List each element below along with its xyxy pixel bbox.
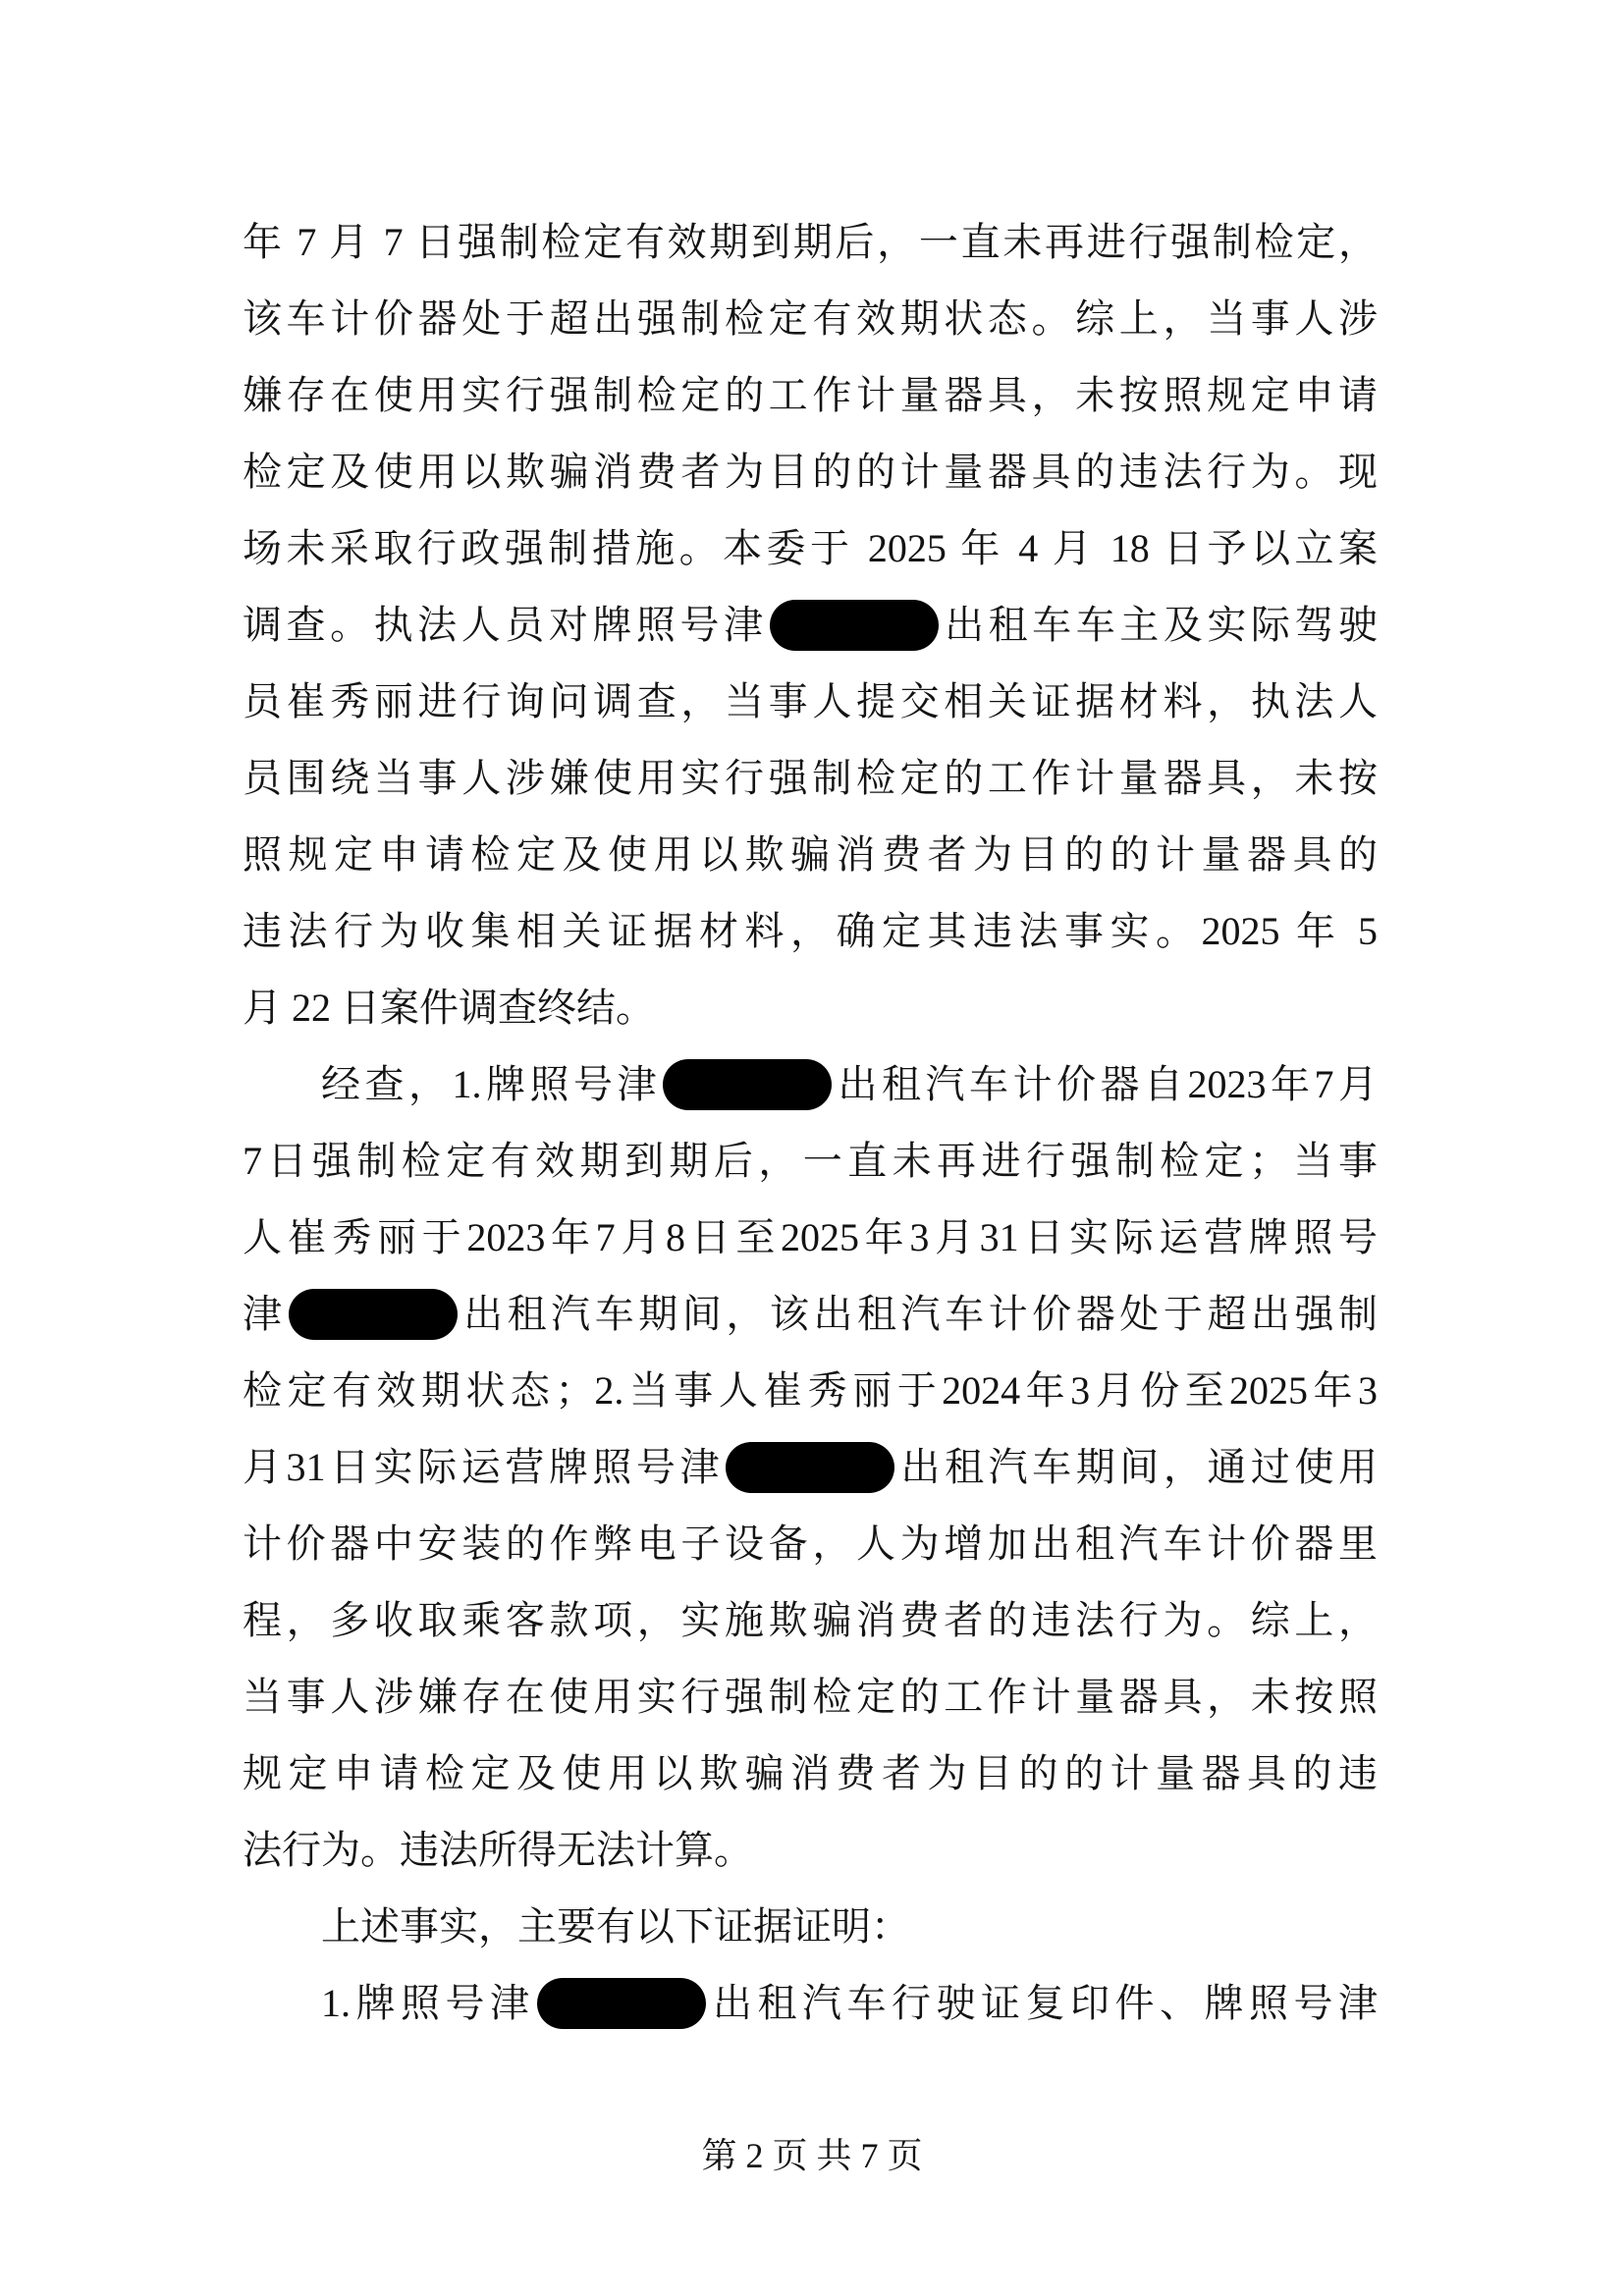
text-line: 上述事实，主要有以下证据证明： — [243, 1889, 1378, 1965]
text-line: 程，多收取乘客款项，实施欺骗消费者的违法行为。综上， — [243, 1582, 1378, 1659]
text-segment: 检定有效期状态；2.当事人崔秀丽于2024年3月份至2025年3 — [243, 1368, 1378, 1413]
text-segment: 场未采取行政强制措施。本委于 2025 年 4 月 18 日予以立案 — [243, 526, 1378, 570]
text-segment: 1.牌照号津 — [321, 1981, 535, 2025]
document-page: 年 7 月 7 日强制检定有效期到期后，一直未再进行强制检定，该车计价器处于超出… — [0, 0, 1624, 2296]
text-line: 照规定申请检定及使用以欺骗消费者为目的的计量器具的 — [243, 817, 1378, 893]
text-segment: 出租汽车期间，该出租汽车计价器处于超出强制 — [460, 1292, 1378, 1336]
text-segment: 员围绕当事人涉嫌使用实行强制检定的工作计量器具，未按 — [243, 756, 1378, 800]
text-segment: 当事人涉嫌存在使用实行强制检定的工作计量器具，未按照 — [243, 1675, 1378, 1719]
page-number-label: 第 2 页 共 7 页 — [701, 2136, 922, 2175]
text-line: 规定申请检定及使用以欺骗消费者为目的的计量器具的违 — [243, 1735, 1378, 1812]
page-footer: 第 2 页 共 7 页 — [0, 2132, 1624, 2179]
text-segment: 月 22 日案件调查终结。 — [243, 986, 655, 1030]
text-segment: 月31日实际运营牌照号津 — [243, 1445, 724, 1489]
redaction-box — [537, 1978, 706, 2029]
text-segment: 计价器中安装的作弊电子设备，人为增加出租汽车计价器里 — [243, 1522, 1378, 1566]
text-line: 违法行为收集相关证据材料，确定其违法事实。2025 年 5 — [243, 893, 1378, 970]
text-segment: 津 — [243, 1292, 287, 1336]
text-line: 当事人涉嫌存在使用实行强制检定的工作计量器具，未按照 — [243, 1659, 1378, 1735]
text-segment: 该车计价器处于超出强制检定有效期状态。综上，当事人涉 — [243, 296, 1378, 341]
text-segment: 年 7 月 7 日强制检定有效期到期后，一直未再进行强制检定， — [243, 220, 1378, 264]
text-segment: 规定申请检定及使用以欺骗消费者为目的的计量器具的违 — [243, 1751, 1378, 1795]
text-line: 场未采取行政强制措施。本委于 2025 年 4 月 18 日予以立案 — [243, 510, 1378, 587]
text-segment: 嫌存在使用实行强制检定的工作计量器具，未按照规定申请 — [243, 373, 1378, 417]
text-segment: 违法行为收集相关证据材料，确定其违法事实。2025 年 5 — [243, 909, 1378, 953]
text-line: 该车计价器处于超出强制检定有效期状态。综上，当事人涉 — [243, 281, 1378, 357]
text-line: 月 22 日案件调查终结。 — [243, 970, 1378, 1046]
redaction-box — [726, 1442, 894, 1493]
text-line: 7日强制检定有效期到期后，一直未再进行强制检定；当事 — [243, 1123, 1378, 1200]
text-segment: 员崔秀丽进行询问调查，当事人提交相关证据材料，执法人 — [243, 679, 1378, 723]
text-segment: 检定及使用以欺骗消费者为目的的计量器具的违法行为。现 — [243, 450, 1378, 494]
text-segment: 出租车车主及实际驾驶 — [941, 603, 1378, 647]
text-line: 员崔秀丽进行询问调查，当事人提交相关证据材料，执法人 — [243, 664, 1378, 740]
text-line: 检定及使用以欺骗消费者为目的的计量器具的违法行为。现 — [243, 434, 1378, 510]
text-segment: 7日强制检定有效期到期后，一直未再进行强制检定；当事 — [243, 1139, 1378, 1183]
document-body: 年 7 月 7 日强制检定有效期到期后，一直未再进行强制检定，该车计价器处于超出… — [243, 204, 1378, 2042]
text-segment: 人崔秀丽于2023年7月8日至2025年3月31日实际运营牌照号 — [243, 1215, 1378, 1259]
text-line: 津出租汽车期间，该出租汽车计价器处于超出强制 — [243, 1276, 1378, 1353]
text-segment: 法行为。违法所得无法计算。 — [243, 1828, 753, 1872]
text-segment: 程，多收取乘客款项，实施欺骗消费者的违法行为。综上， — [243, 1598, 1378, 1642]
text-line: 经查，1.牌照号津出租汽车计价器自2023年7月 — [243, 1046, 1378, 1123]
text-line: 人崔秀丽于2023年7月8日至2025年3月31日实际运营牌照号 — [243, 1200, 1378, 1276]
redaction-box — [663, 1059, 832, 1110]
text-line: 1.牌照号津出租汽车行驶证复印件、牌照号津 — [243, 1965, 1378, 2042]
text-segment: 上述事实，主要有以下证据证明： — [321, 1904, 910, 1949]
text-segment: 调查。执法人员对牌照号津 — [243, 603, 768, 647]
text-segment: 出租汽车计价器自2023年7月 — [834, 1062, 1378, 1106]
text-line: 计价器中安装的作弊电子设备，人为增加出租汽车计价器里 — [243, 1506, 1378, 1582]
text-line: 法行为。违法所得无法计算。 — [243, 1812, 1378, 1889]
text-line: 嫌存在使用实行强制检定的工作计量器具，未按照规定申请 — [243, 357, 1378, 434]
text-segment: 照规定申请检定及使用以欺骗消费者为目的的计量器具的 — [243, 832, 1378, 877]
text-segment: 出租汽车期间，通过使用 — [896, 1445, 1378, 1489]
text-line: 月31日实际运营牌照号津出租汽车期间，通过使用 — [243, 1429, 1378, 1506]
text-segment: 经查，1.牌照号津 — [321, 1062, 661, 1106]
text-line: 年 7 月 7 日强制检定有效期到期后，一直未再进行强制检定， — [243, 204, 1378, 281]
redaction-box — [770, 600, 939, 651]
text-line: 检定有效期状态；2.当事人崔秀丽于2024年3月份至2025年3 — [243, 1353, 1378, 1429]
text-line: 员围绕当事人涉嫌使用实行强制检定的工作计量器具，未按 — [243, 740, 1378, 817]
text-segment: 出租汽车行驶证复印件、牌照号津 — [708, 1981, 1379, 2025]
text-line: 调查。执法人员对牌照号津出租车车主及实际驾驶 — [243, 587, 1378, 664]
redaction-box — [289, 1289, 458, 1340]
